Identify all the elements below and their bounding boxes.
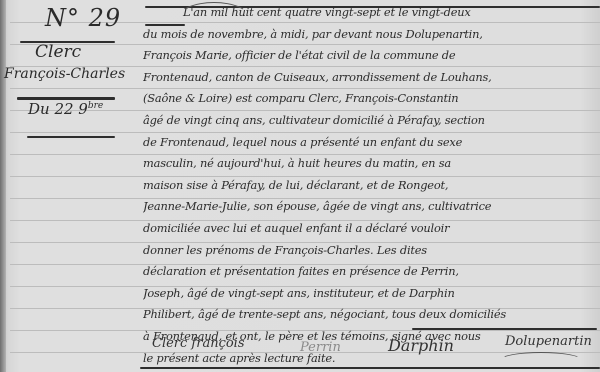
- body-line: François Marie, officier de l'état civil…: [143, 45, 598, 67]
- signature-witness: Darphin: [388, 336, 454, 355]
- page-binding-edge: [0, 0, 6, 372]
- margin-surname: Clerc: [35, 42, 81, 62]
- margin-given-names: François-Charles: [4, 66, 125, 82]
- signature-officer: Dolupenartin: [505, 334, 592, 349]
- body-line: Frontenaud, canton de Cuiseaux, arrondis…: [143, 67, 598, 89]
- document-page: N° 29 Clerc François-Charles Du 22 9bre …: [0, 0, 600, 372]
- body-line: Philibert, âgé de trente-sept ans, négoc…: [143, 304, 598, 326]
- body-line: masculin, né aujourd'hui, à huit heures …: [143, 153, 598, 175]
- ink-flourish: [178, 2, 250, 34]
- body-line: donner les prénoms de François-Charles. …: [143, 240, 598, 262]
- body-line: domiciliée avec lui et auquel enfant il …: [143, 218, 598, 240]
- signature-witness-faded: Perrin: [300, 340, 341, 355]
- body-line: âgé de vingt cinq ans, cultivateur domic…: [143, 110, 598, 132]
- body-line: maison sise à Pérafay, de lui, déclarant…: [143, 175, 598, 197]
- body-line: déclaration et présentation faites en pr…: [143, 261, 598, 283]
- signature-flourish: [500, 352, 582, 368]
- record-body: L'an mil huit cent quatre vingt-sept et …: [143, 2, 598, 369]
- margin-date: Du 22 9bre: [28, 100, 103, 118]
- signature-father: Clerc françois: [152, 336, 245, 351]
- margin-date-label: Du 22 9: [28, 100, 88, 118]
- body-line: Jeanne-Marie-Julie, son épouse, âgée de …: [143, 196, 598, 218]
- body-line: de Frontenaud, lequel nous a présenté un…: [143, 132, 598, 154]
- record-number: N° 29: [45, 4, 121, 32]
- margin-date-superscript: bre: [88, 101, 103, 111]
- margin-separator-bar: [27, 136, 115, 138]
- body-line: Joseph, âgé de vingt-sept ans, institute…: [143, 283, 598, 305]
- body-line: (Saône & Loire) est comparu Clerc, Franç…: [143, 88, 598, 110]
